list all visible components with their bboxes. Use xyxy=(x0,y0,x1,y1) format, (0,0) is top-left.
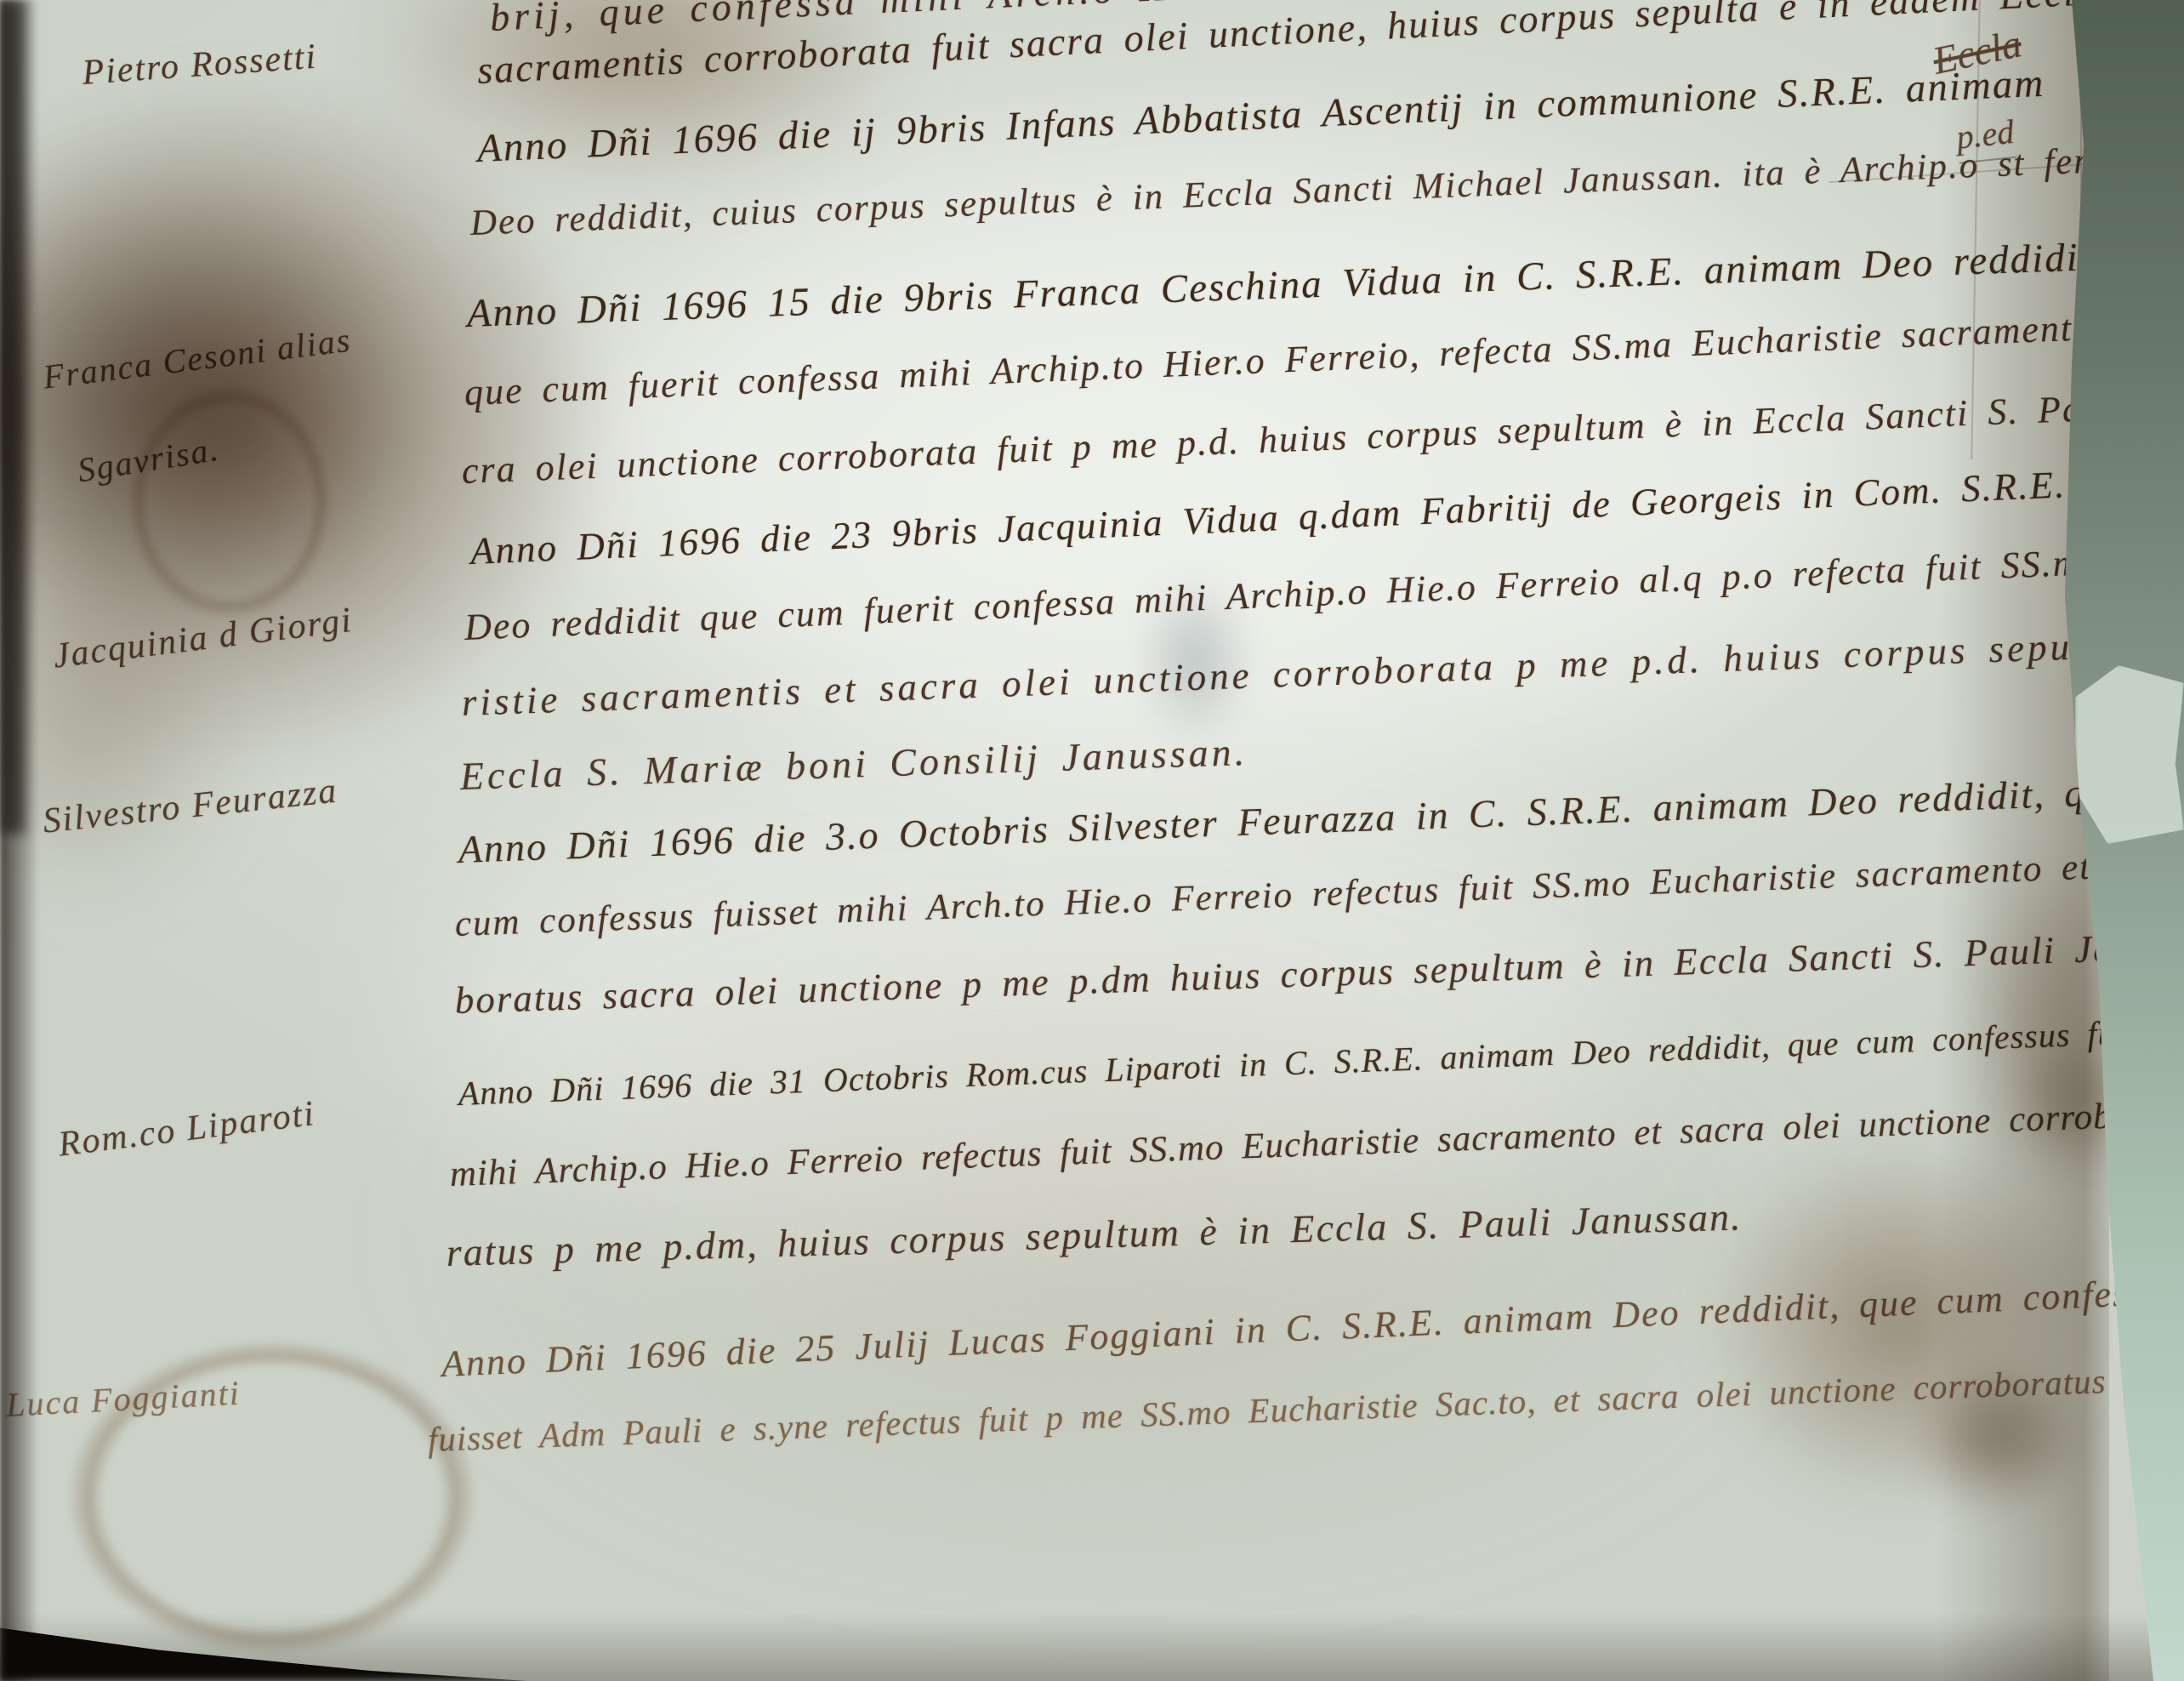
manuscript-page: Pietro Rossetti Franca Cesoni alias Sgav… xyxy=(0,0,2184,1681)
smudge-blue-center xyxy=(1114,544,1276,774)
water-ring-left xyxy=(119,374,340,630)
book-gutter-dark-top xyxy=(0,0,26,834)
manuscript-photo: Pietro Rossetti Franca Cesoni alias Sgav… xyxy=(0,0,2184,1681)
tint-lower-pink xyxy=(255,851,1956,1633)
